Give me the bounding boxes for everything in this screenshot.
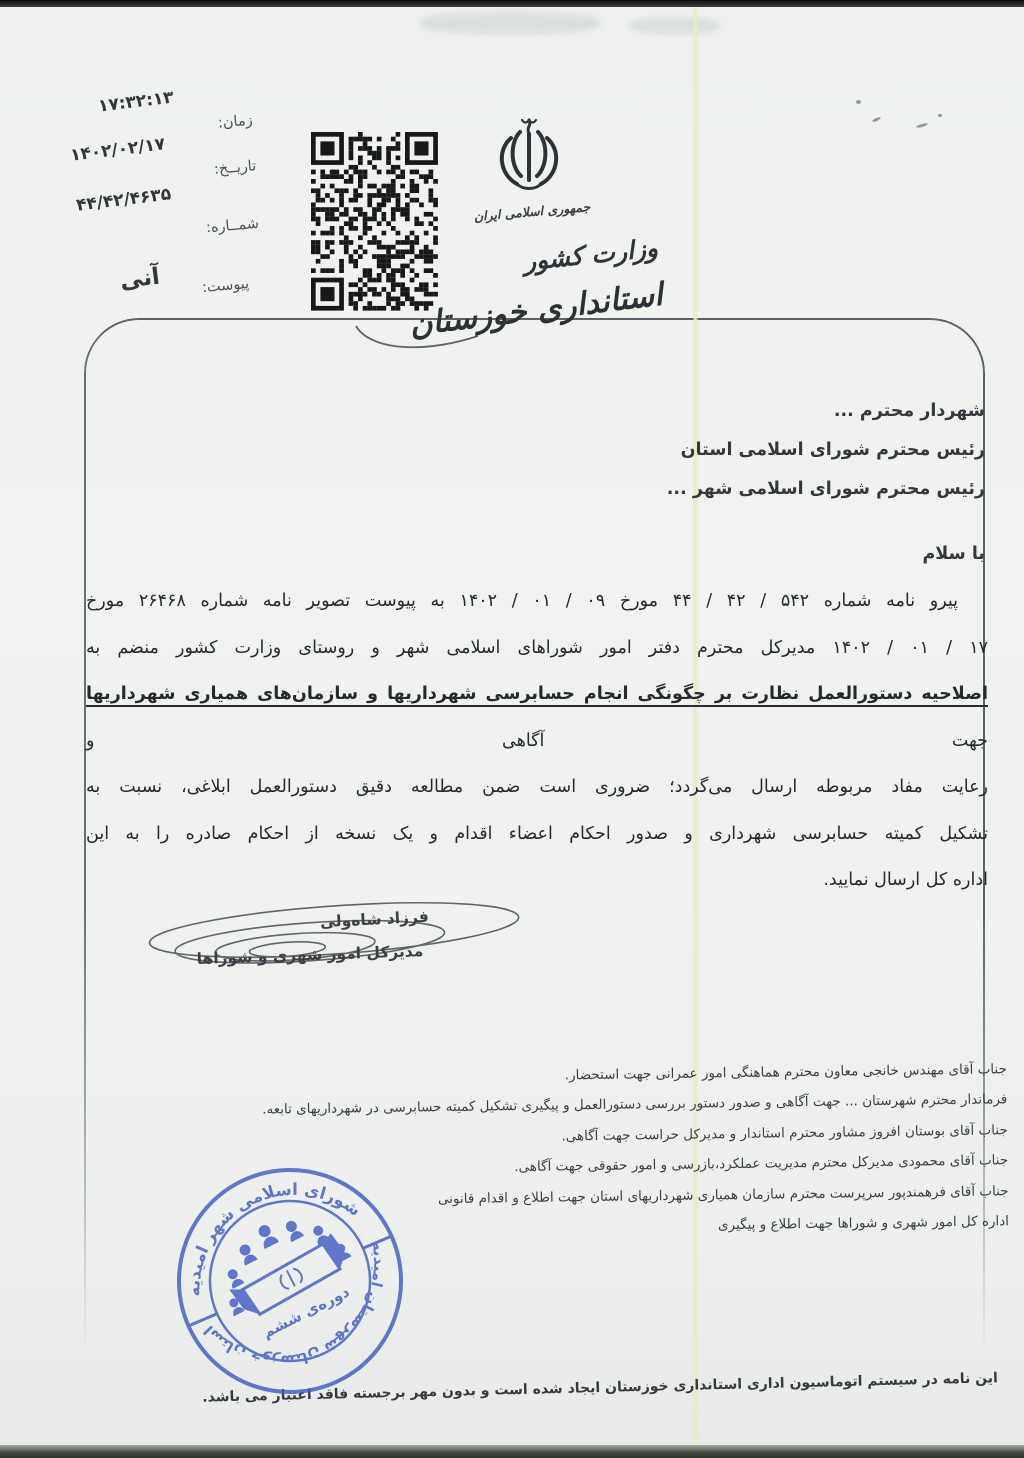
meta-number-value: ۴۴/۴۲/۴۶۳۵ — [75, 184, 172, 215]
meta-attachment-value: آنی — [119, 264, 162, 295]
scan-edge-top — [0, 0, 1024, 7]
pen-speck — [916, 122, 928, 128]
recipient-line: شهردار محترم ... — [600, 392, 985, 431]
recipient-line: رئیس محترم شورای اسلامی شهر ... — [600, 470, 985, 509]
body-line-4: رعایت مفاد مربوطه ارسال می‌گردد؛ ضروری ا… — [86, 764, 988, 811]
meta-date-label: تاریــخ: — [213, 158, 256, 178]
scanned-letter-page: ۱۷:۳۲:۱۳ زمان: ۱۴۰۲/۰۲/۱۷ تاریــخ: ۴۴/۴۲… — [0, 0, 1024, 1458]
letterhead-ministry: وزارت کشور — [527, 233, 659, 275]
pen-speck — [872, 116, 881, 123]
meta-date-value: ۱۴۰۲/۰۲/۱۷ — [69, 134, 166, 165]
scan-edge-bottom — [0, 1445, 1024, 1458]
recipient-line: رئیس محترم شورای اسلامی استان — [600, 431, 985, 470]
iran-emblem-icon — [487, 114, 571, 206]
body-line-3: اصلاحیه دستورالعمل نظارت بر چگونگی انجام… — [86, 671, 988, 764]
recipients-block: شهردار محترم ... رئیس محترم شورای اسلامی… — [600, 392, 985, 509]
letter-body: پیرو نامه شماره ۵۴۲ / ۴۲ / ۴۴ مورخ ۰۹ / … — [86, 578, 988, 904]
meta-attachment-label: پیوست: — [201, 276, 249, 296]
salutation: با سلام — [600, 544, 985, 564]
body-line-3-underlined: اصلاحیه دستورالعمل نظارت بر چگونگی انجام… — [86, 684, 988, 707]
pen-speck — [938, 114, 942, 117]
qr-code — [311, 132, 438, 311]
pen-speck — [856, 100, 861, 104]
body-line-5: تشکیل کمیته حسابرسی شهرداری و صدور احکام… — [86, 811, 988, 858]
signature-block: فرزاد شاه‌ولی مدیرکل امور شهری و شوراها — [135, 888, 535, 998]
body-line-2: ۱۷ / ۰۱ / ۱۴۰۲ مدیرکل محترم دفتر امور شو… — [86, 625, 988, 672]
meta-number-label: شمــاره: — [205, 216, 259, 237]
body-line-1: پیرو نامه شماره ۵۴۲ / ۴۲ / ۴۴ مورخ ۰۹ / … — [86, 578, 988, 625]
body-line-3-rest: جهت آگاهی و — [86, 731, 988, 751]
bleed-through-smudge — [420, 12, 600, 34]
bleed-through-smudge — [630, 18, 720, 34]
meta-time-value: ۱۷:۳۲:۱۳ — [97, 87, 175, 116]
meta-time-label: زمان: — [217, 113, 253, 132]
